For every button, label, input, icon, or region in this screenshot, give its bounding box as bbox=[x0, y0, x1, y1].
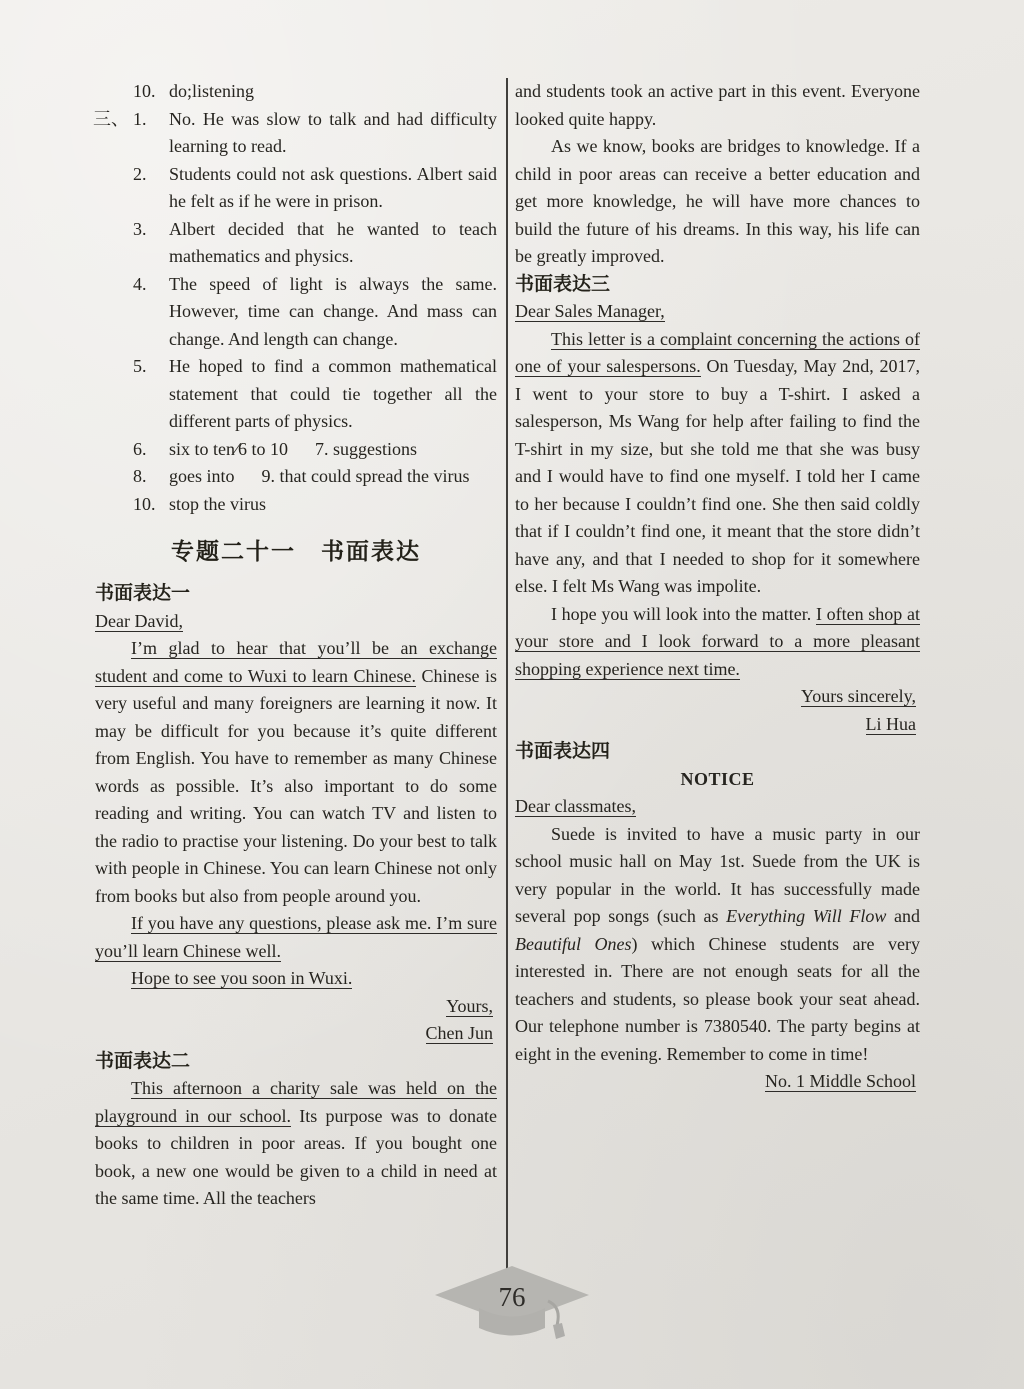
text-segment: Chinese is very useful and many foreigne… bbox=[95, 666, 497, 906]
page-number-badge: 76 bbox=[0, 1262, 1024, 1354]
textbook-page: 10.do;listening 三、 1.No. He was slow to … bbox=[0, 0, 1024, 1389]
letter3-salutation: Dear Sales Manager, bbox=[515, 298, 920, 326]
letter1-closing: Hope to see you soon in Wuxi. bbox=[95, 965, 497, 993]
text-segment: Chen Jun bbox=[426, 1023, 494, 1044]
text-segment: On Tuesday, May 2nd, 2017, I went to you… bbox=[515, 356, 920, 596]
text-segment: Everything Will Flow bbox=[726, 906, 886, 926]
page-content: 10.do;listening 三、 1.No. He was slow to … bbox=[95, 78, 920, 1213]
text-segment: Beautiful Ones bbox=[515, 934, 632, 954]
answer-number: 10. bbox=[133, 491, 169, 519]
answer-item: 三、 1.No. He was slow to talk and had dif… bbox=[133, 106, 497, 161]
text-segment: Dear Sales Manager, bbox=[515, 301, 665, 322]
text-segment: Yours sincerely, bbox=[801, 686, 916, 707]
answer-text: six to ten⁄6 to 10 7. suggestions bbox=[169, 439, 417, 459]
letter2-body: This afternoon a charity sale was held o… bbox=[95, 1075, 497, 1213]
letter1-heading: 书面表达一 bbox=[95, 580, 497, 608]
answer-text: goes into 9. that could spread the virus bbox=[169, 466, 469, 486]
answer-item: 5.He hoped to find a common mathematical… bbox=[133, 353, 497, 436]
letter1-body: I’m glad to hear that you’ll be an excha… bbox=[95, 635, 497, 910]
answer-item: 2.Students could not ask questions. Albe… bbox=[133, 161, 497, 216]
section-three-marker: 三、 bbox=[93, 106, 129, 134]
text-segment: Li Hua bbox=[866, 714, 916, 735]
answer-text: do;listening bbox=[169, 81, 254, 101]
text-segment: I hope you will look into the matter. bbox=[551, 604, 816, 624]
letter1-signature: Chen Jun bbox=[95, 1020, 497, 1048]
answer-text: No. He was slow to talk and had difficul… bbox=[169, 109, 497, 157]
text-segment: Hope to see you soon in Wuxi. bbox=[131, 968, 352, 989]
letter4-signature: No. 1 Middle School bbox=[515, 1068, 920, 1096]
answers-block: 10.do;listening 三、 1.No. He was slow to … bbox=[133, 78, 497, 518]
answer-number: 5. bbox=[133, 353, 169, 381]
notice-title: NOTICE bbox=[515, 766, 920, 794]
answer-item: 10.do;listening bbox=[133, 78, 497, 106]
letter4-salutation: Dear classmates, bbox=[515, 793, 920, 821]
text-segment: No. 1 Middle School bbox=[765, 1071, 916, 1092]
answer-text: stop the virus bbox=[169, 494, 266, 514]
graduation-cap-icon: 76 bbox=[427, 1262, 597, 1354]
answer-number: 3. bbox=[133, 216, 169, 244]
answer-number: 2. bbox=[133, 161, 169, 189]
text-segment: Dear David, bbox=[95, 611, 183, 632]
letter4-heading: 书面表达四 bbox=[515, 738, 920, 766]
letter3-body: This letter is a complaint concerning th… bbox=[515, 326, 920, 601]
section-title: 专题二十一 书面表达 bbox=[95, 535, 497, 569]
letter3-paragraph2: I hope you will look into the matter. I … bbox=[515, 601, 920, 684]
left-column: 10.do;listening 三、 1.No. He was slow to … bbox=[95, 78, 497, 1213]
answer-item: 8.goes into 9. that could spread the vir… bbox=[133, 463, 497, 491]
text-segment: Dear classmates, bbox=[515, 796, 636, 817]
right-column: and students took an active part in this… bbox=[515, 78, 920, 1213]
letter3-signature: Li Hua bbox=[515, 711, 920, 739]
text-segment: and bbox=[886, 906, 920, 926]
answer-text: He hoped to find a common mathematical s… bbox=[169, 356, 497, 431]
text-segment: Yours, bbox=[446, 996, 493, 1017]
answer-number: 8. bbox=[133, 463, 169, 491]
answer-text: The speed of light is always the same. H… bbox=[169, 274, 497, 349]
answer-number: 4. bbox=[133, 271, 169, 299]
answer-item: 10.stop the virus bbox=[133, 491, 497, 519]
letter3-heading: 书面表达三 bbox=[515, 271, 920, 299]
answer-item: 3.Albert decided that he wanted to teach… bbox=[133, 216, 497, 271]
letter1-signoff: Yours, bbox=[95, 993, 497, 1021]
answer-text: Albert decided that he wanted to teach m… bbox=[169, 219, 497, 267]
letter1-closing: If you have any questions, please ask me… bbox=[95, 910, 497, 965]
answer-number: 1. bbox=[133, 106, 169, 134]
letter2-heading: 书面表达二 bbox=[95, 1048, 497, 1076]
answer-item: 6.six to ten⁄6 to 10 7. suggestions bbox=[133, 436, 497, 464]
answer-item: 4.The speed of light is always the same.… bbox=[133, 271, 497, 354]
text-segment: and students took an active part in this… bbox=[515, 81, 920, 129]
page-number: 76 bbox=[427, 1282, 597, 1313]
text-segment: If you have any questions, please ask me… bbox=[95, 913, 497, 962]
letter2-paragraph2: As we know, books are bridges to knowled… bbox=[515, 133, 920, 271]
answer-number: 10. bbox=[133, 78, 169, 106]
letter2-body-continued: and students took an active part in this… bbox=[515, 78, 920, 133]
letter1-salutation: Dear David, bbox=[95, 608, 497, 636]
text-segment: As we know, books are bridges to knowled… bbox=[515, 136, 920, 266]
answer-text: Students could not ask questions. Albert… bbox=[169, 164, 497, 212]
answer-number: 6. bbox=[133, 436, 169, 464]
letter4-body: Suede is invited to have a music party i… bbox=[515, 821, 920, 1069]
letter3-signoff: Yours sincerely, bbox=[515, 683, 920, 711]
